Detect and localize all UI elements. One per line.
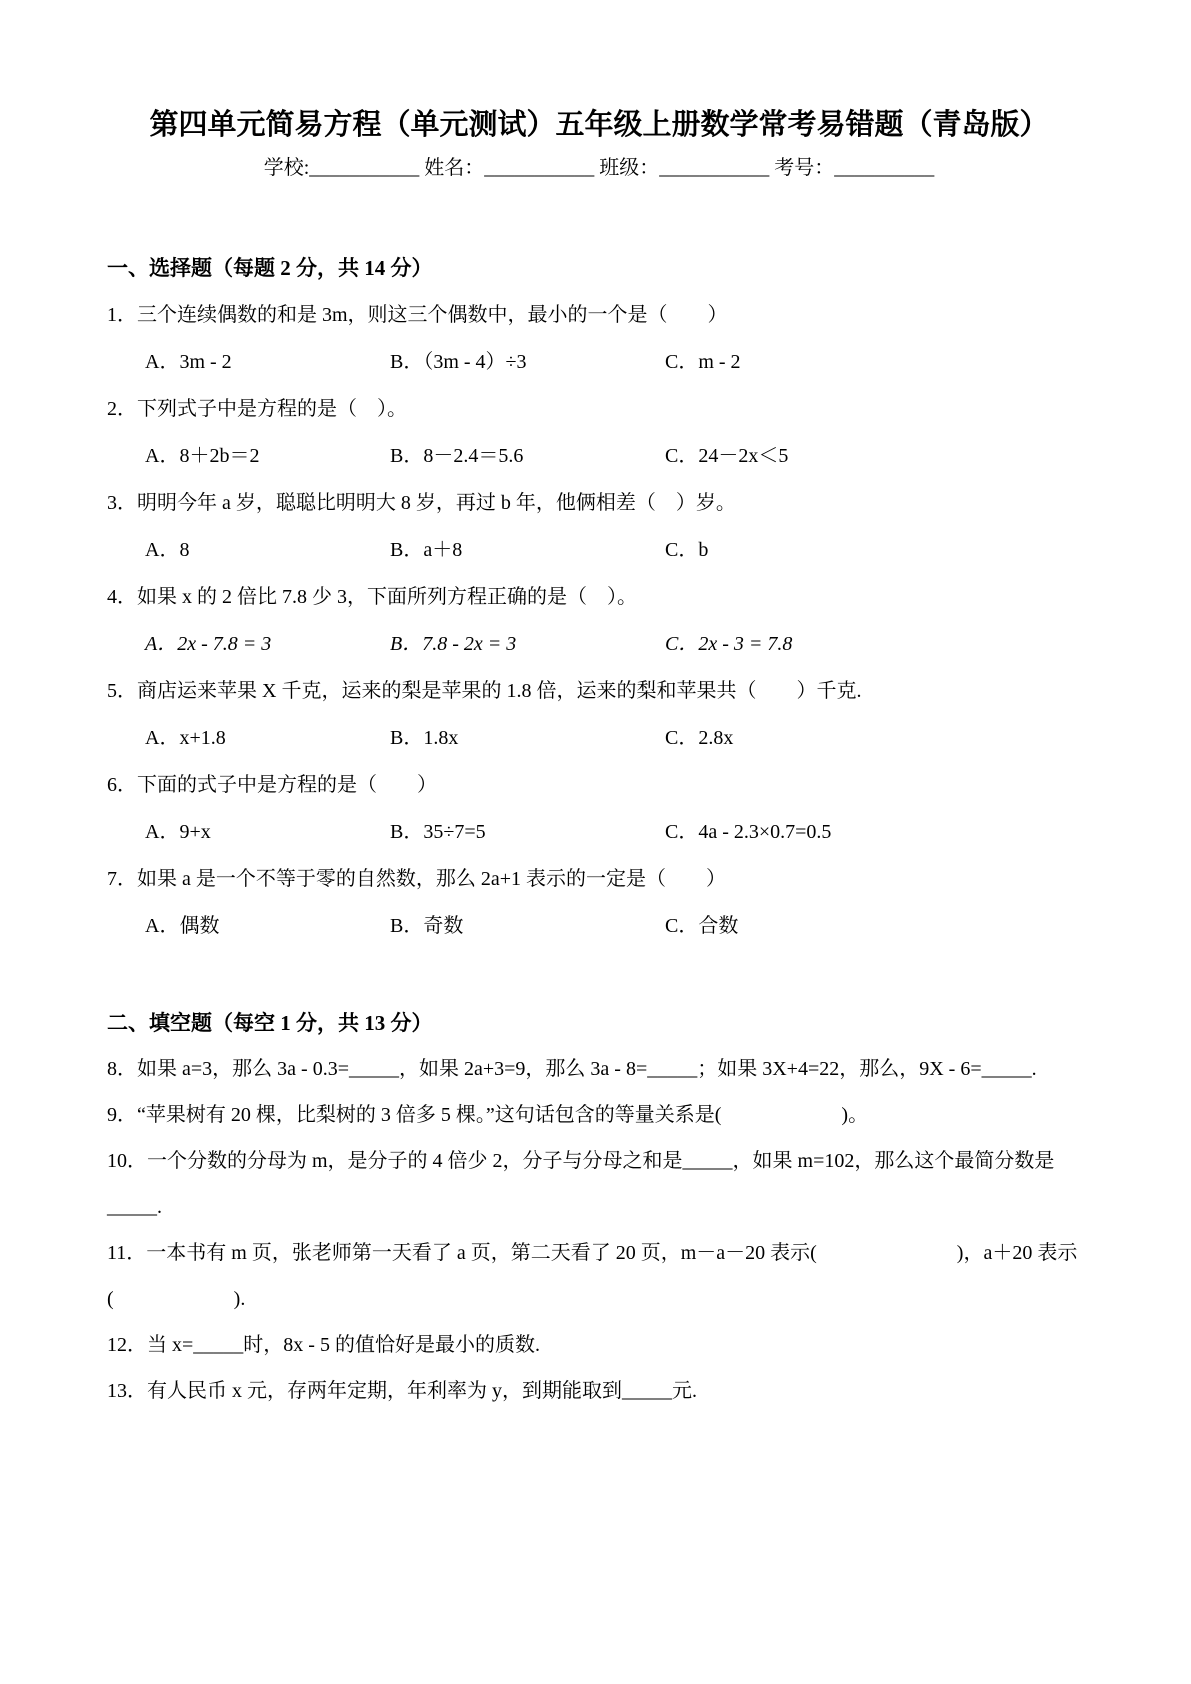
section-multiple-choice-heading: 一、选择题（每题 2 分，共 14 分） — [107, 245, 1091, 292]
section-fill-in-blank: 二、填空题（每空 1 分，共 13 分） 8．如果 a=3，那么 3a - 0.… — [107, 1000, 1091, 1414]
field-exam-number: 考号：__________ — [774, 151, 934, 185]
question-3-option-b: B．a＋8 — [390, 527, 665, 574]
student-info-line: 学校:___________ 姓名：___________ 班级：_______… — [107, 151, 1091, 185]
field-class-blank: ___________ — [659, 157, 769, 179]
question-11: 11．一本书有 m 页，张老师第一天看了 a 页，第二天看了 20 页，m－a－… — [107, 1230, 1091, 1322]
question-8: 8．如果 a=3，那么 3a - 0.3=_____，如果 2a+3=9，那么 … — [107, 1046, 1091, 1092]
question-2-option-b: B．8－2.4＝5.6 — [390, 433, 665, 480]
field-school-blank: ___________ — [309, 157, 419, 179]
field-name: 姓名：___________ — [424, 151, 594, 185]
question-7-options: A．偶数 B．奇数 C．合数 — [107, 903, 1091, 950]
question-7: 7．如果 a 是一个不等于零的自然数，那么 2a+1 表示的一定是（ ） A．偶… — [107, 856, 1091, 950]
section-multiple-choice: 一、选择题（每题 2 分，共 14 分） 1．三个连续偶数的和是 3m，则这三个… — [107, 245, 1091, 950]
question-12: 12．当 x=_____时，8x - 5 的值恰好是最小的质数. — [107, 1322, 1091, 1368]
question-5-option-c: C．2.8x — [665, 715, 1091, 762]
field-exam-number-label: 考号： — [774, 157, 834, 179]
question-9: 9．“苹果树有 20 棵，比梨树的 3 倍多 5 棵。”这句话包含的等量关系是(… — [107, 1092, 1091, 1138]
question-1-option-b: B．（3m - 4）÷3 — [390, 339, 665, 386]
field-class: 班级：___________ — [599, 151, 769, 185]
question-5: 5．商店运来苹果 X 千克，运来的梨是苹果的 1.8 倍，运来的梨和苹果共（ ）… — [107, 668, 1091, 762]
question-1-text: 1．三个连续偶数的和是 3m，则这三个偶数中，最小的一个是（ ） — [107, 292, 1091, 339]
question-3: 3．明明今年 a 岁，聪聪比明明大 8 岁，再过 b 年，他俩相差（ ）岁。 A… — [107, 480, 1091, 574]
question-4-option-a: A．2x - 7.8 = 3 — [145, 621, 390, 668]
question-1-option-c: C．m - 2 — [665, 339, 1091, 386]
question-7-option-c: C．合数 — [665, 903, 1091, 950]
field-school: 学校:___________ — [264, 151, 420, 185]
question-4-option-c: C．2x - 3 = 7.8 — [665, 621, 1091, 668]
field-name-label: 姓名： — [424, 157, 484, 179]
question-6-option-c: C．4a - 2.3×0.7=0.5 — [665, 809, 1091, 856]
question-3-text: 3．明明今年 a 岁，聪聪比明明大 8 岁，再过 b 年，他俩相差（ ）岁。 — [107, 480, 1091, 527]
test-paper-page: 第四单元简易方程（单元测试）五年级上册数学常考易错题（青岛版） 学校:_____… — [0, 0, 1191, 1684]
question-13: 13．有人民币 x 元，存两年定期，年利率为 y，到期能取到_____元. — [107, 1368, 1091, 1414]
question-1: 1．三个连续偶数的和是 3m，则这三个偶数中，最小的一个是（ ） A．3m - … — [107, 292, 1091, 386]
question-6: 6．下面的式子中是方程的是（ ） A．9+x B．35÷7=5 C．4a - 2… — [107, 762, 1091, 856]
field-school-label: 学校: — [264, 157, 310, 179]
section-fill-in-blank-heading: 二、填空题（每空 1 分，共 13 分） — [107, 1000, 1091, 1046]
question-3-option-a: A．8 — [145, 527, 390, 574]
question-10: 10．一个分数的分母为 m，是分子的 4 倍少 2，分子与分母之和是_____，… — [107, 1138, 1091, 1230]
question-7-option-b: B．奇数 — [390, 903, 665, 950]
question-6-options: A．9+x B．35÷7=5 C．4a - 2.3×0.7=0.5 — [107, 809, 1091, 856]
question-5-option-b: B．1.8x — [390, 715, 665, 762]
field-name-blank: ___________ — [484, 157, 594, 179]
page-title: 第四单元简易方程（单元测试）五年级上册数学常考易错题（青岛版） — [107, 105, 1091, 145]
question-5-options: A．x+1.8 B．1.8x C．2.8x — [107, 715, 1091, 762]
question-2-option-c: C．24－2x＜5 — [665, 433, 1091, 480]
question-2-option-a: A．8＋2b＝2 — [145, 433, 390, 480]
question-1-options: A．3m - 2 B．（3m - 4）÷3 C．m - 2 — [107, 339, 1091, 386]
question-7-text: 7．如果 a 是一个不等于零的自然数，那么 2a+1 表示的一定是（ ） — [107, 856, 1091, 903]
field-class-label: 班级： — [599, 157, 659, 179]
question-2-text: 2．下列式子中是方程的是（ ）。 — [107, 386, 1091, 433]
question-6-option-b: B．35÷7=5 — [390, 809, 665, 856]
field-exam-number-blank: __________ — [834, 157, 934, 179]
question-4: 4．如果 x 的 2 倍比 7.8 少 3，下面所列方程正确的是（ ）。 A．2… — [107, 574, 1091, 668]
question-4-text: 4．如果 x 的 2 倍比 7.8 少 3，下面所列方程正确的是（ ）。 — [107, 574, 1091, 621]
question-2: 2．下列式子中是方程的是（ ）。 A．8＋2b＝2 B．8－2.4＝5.6 C．… — [107, 386, 1091, 480]
question-3-options: A．8 B．a＋8 C．b — [107, 527, 1091, 574]
question-6-text: 6．下面的式子中是方程的是（ ） — [107, 762, 1091, 809]
question-5-text: 5．商店运来苹果 X 千克，运来的梨是苹果的 1.8 倍，运来的梨和苹果共（ ）… — [107, 668, 1091, 715]
question-3-option-c: C．b — [665, 527, 1091, 574]
question-4-options: A．2x - 7.8 = 3 B．7.8 - 2x = 3 C．2x - 3 =… — [107, 621, 1091, 668]
question-6-option-a: A．9+x — [145, 809, 390, 856]
question-7-option-a: A．偶数 — [145, 903, 390, 950]
question-2-options: A．8＋2b＝2 B．8－2.4＝5.6 C．24－2x＜5 — [107, 433, 1091, 480]
question-1-option-a: A．3m - 2 — [145, 339, 390, 386]
question-4-option-b: B．7.8 - 2x = 3 — [390, 621, 665, 668]
question-5-option-a: A．x+1.8 — [145, 715, 390, 762]
